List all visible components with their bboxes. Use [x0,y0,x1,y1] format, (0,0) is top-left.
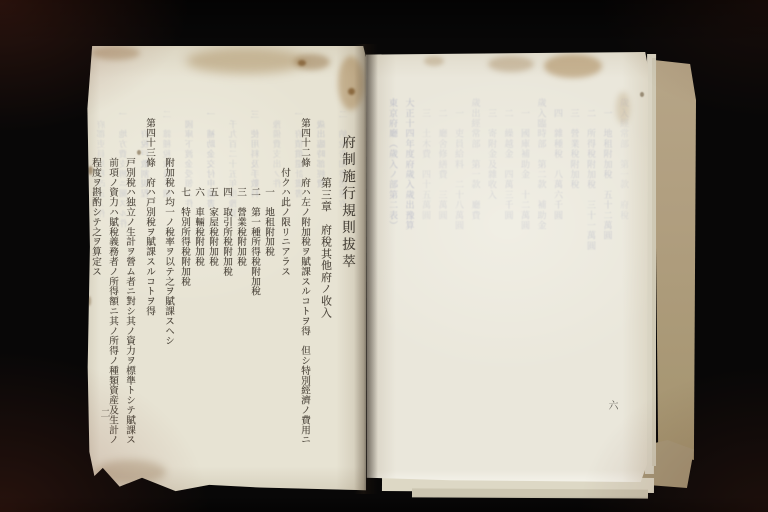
right-page-number: 六 [604,400,619,410]
chapter-heading-column: 第三章 府稅其他府ノ收入 [315,118,337,470]
ghost-text-column: 三 土木費 四十五萬圓 [418,88,435,480]
article-42-continuation: 付クハ此ノ限リニアラス [275,118,293,470]
ghost-text-column: 一 地租附加稅 五十二萬圓 [599,88,616,480]
stain [92,46,140,60]
book-back-cover [654,60,696,460]
ghost-text-column: 二 繰越金 四萬三千圓 [500,88,517,480]
tax-item-3: 三 營業稅附加稅 [233,118,247,470]
article-43-column: 第四十三條 府ハ戸別稅ヲ賦課スルコトヲ得 [138,118,160,470]
tax-item-6: 六 車輛稅附加稅 [191,118,205,470]
stain [424,56,444,66]
book-gutter-shadow [354,44,378,494]
flat-rate-clause-column: 附加稅ハ均一ノ稅率ヲ以テ之ヲ賦課スヘシ [160,118,177,470]
ghost-text-column: 東京府廳（歲入ノ部第二表） [385,88,402,480]
article-42-column: 第四十二條 府ハ左ノ附加稅ヲ賦課スルコトヲ得 但シ特別經濟ノ費用ニ [293,118,315,470]
underlying-sheet-edge [412,488,648,498]
tax-item-5: 五 家屋稅附加稅 [205,118,219,470]
stain [640,92,644,97]
photo-of-open-book: 府郡吏員規程改正ノ件 一 地方費支辨ニ關スル件 府稅戸數割規程 二 雜種稅取扱手… [0,0,768,512]
ghost-text-column: 歲入臨時部 第二款 補助金 [533,88,550,480]
left-page: 府郡吏員規程改正ノ件 一 地方費支辨ニ關スル件 府稅戸數割規程 二 雜種稅取扱手… [86,46,366,492]
ghost-text-column: 四 雜種稅 八萬六千圓 [550,88,567,480]
ghost-text-column: 三 寄附金及雜收入 [484,88,501,480]
stain [298,60,306,66]
tax-item-4: 四 取引所稅附加稅 [219,118,233,470]
ghost-text-column: 一 吏員給料 二十八萬圓 [451,88,468,480]
household-tax-clause-column: 戸別稅ハ独立ノ生計ヲ營ム者ニ對シ其ノ資力ヲ標準トシテ賦課ス [121,118,138,470]
right-page: 歲入經常部 第一款 府稅 一 地租附加稅 五十二萬圓 二 所得稅附加稅 三十一萬… [366,52,648,482]
tax-item-7: 七 特別所得稅附加稅 [177,118,191,470]
stain [488,56,534,72]
tax-item-2: 二 第一種所得稅附加稅 [247,118,261,470]
ghost-text-column: 歲入經常部 第一款 府稅 [616,88,633,480]
stain [544,54,602,78]
stain [294,54,330,70]
stain [186,48,306,74]
right-ghost-layer: 歲入經常部 第一款 府稅 一 地租附加稅 五十二萬圓 二 所得稅附加稅 三十一萬… [380,88,632,480]
left-page-number: 二 [96,408,111,418]
ghost-text-column: 二 所得稅附加稅 三十一萬圓 [583,88,600,480]
typed-text-block: 府制施行規則拔萃 第三章 府稅其他府ノ收入 第四十二條 府ハ左ノ附加稅ヲ賦課スル… [90,118,358,470]
ghost-text-column: 一 國庫補助金 十二萬圓 [517,88,534,480]
ghost-text-column: 三 營業稅附加稅 [566,88,583,480]
tax-item-1: 一 地租附加稅 [261,118,275,470]
stain [616,92,630,124]
ghost-text-column: 大正十四年度府歲入歲出豫算 [401,88,418,480]
ghost-text-column: 歲出經常部 第一款 廳費 [467,88,484,480]
ghost-text-column: 二 廳舍修繕費 三萬圓 [434,88,451,480]
page-edge-stack [652,58,656,466]
